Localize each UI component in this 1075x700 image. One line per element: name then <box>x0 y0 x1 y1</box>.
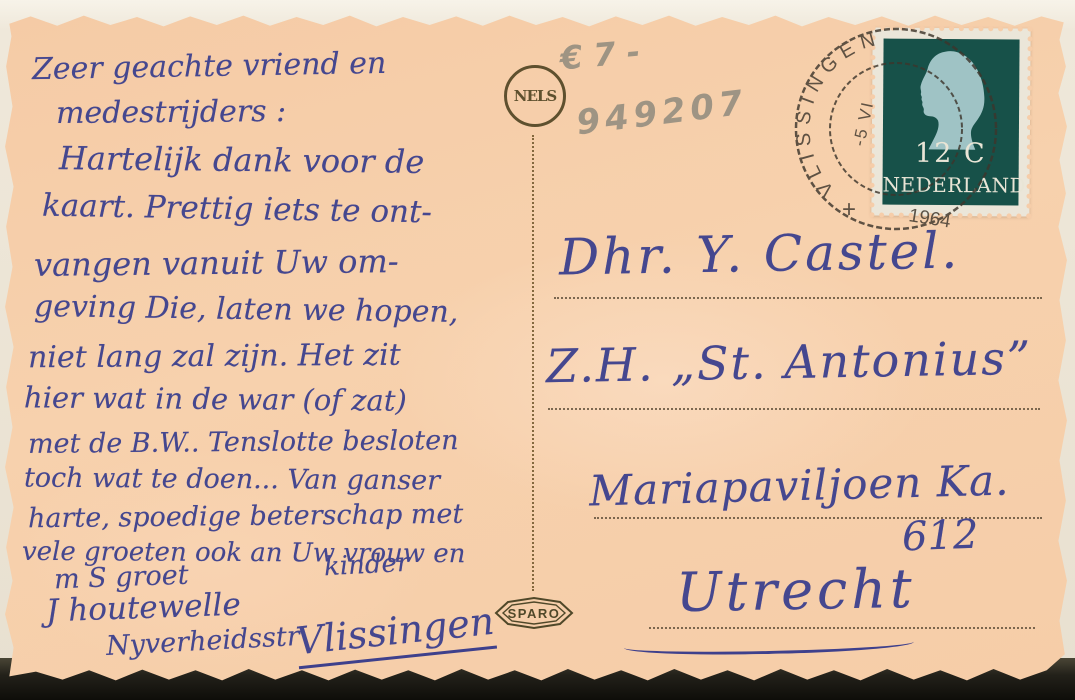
nels-publisher-logo: NELS <box>504 65 566 127</box>
sender-street: Nyverheidsstr <box>105 621 300 662</box>
message-line: Zeer geachte vriend en <box>32 46 387 87</box>
address-underline-flourish <box>624 640 914 657</box>
message-line: hier wat in de war (of zat) <box>24 380 407 417</box>
pencil-price-note: € 7 - <box>558 33 641 78</box>
address-institution: Z.H. „St. Antonius” <box>546 331 1033 393</box>
message-line: kaart. Prettig iets te ont- <box>42 188 433 231</box>
message-line: vangen vanuit Uw om- <box>34 242 399 284</box>
message-closing-kinder: kinder <box>323 548 410 582</box>
message-line: medestrijders : <box>56 94 286 131</box>
postcard-back: Zeer geachte vriend en medestrijders : H… <box>4 13 1068 681</box>
sparo-printer-logo: SPARO <box>494 595 574 631</box>
vlissingen-postmark: VLISSINGEN -5 VI 1964 + <box>790 21 1002 253</box>
address-pavilion: Mariapaviljoen Ka. <box>588 456 1010 516</box>
message-line: niet lang zal zijn. Het zit <box>28 338 401 376</box>
message-line: met de B.W.. Tenslotte besloten <box>28 425 459 460</box>
message-line: toch wat te doen... Van ganser <box>24 463 440 497</box>
sender-signature: J houtewelle <box>45 587 241 630</box>
address-rule-4 <box>649 627 1035 629</box>
postcard-scan: Zeer geachte vriend en medestrijders : H… <box>0 0 1075 700</box>
pencil-inventory-number: 949207 <box>574 83 750 144</box>
address-city: Utrecht <box>675 557 916 624</box>
message-line: geving Die, laten we hopen, <box>34 289 459 330</box>
sender-city-signature: Vlissingen <box>294 599 497 669</box>
address-room-number: 612 <box>901 512 979 561</box>
postmark-cross-icon: + <box>842 196 856 223</box>
nels-monogram-label: NELS <box>514 87 557 105</box>
address-rule-2 <box>548 408 1040 410</box>
address-rule-1 <box>554 297 1042 299</box>
sparo-logo-label: SPARO <box>508 606 561 621</box>
address-divider-line <box>532 135 534 591</box>
message-line: harte, spoedige beterschap met <box>28 499 464 535</box>
postmark-date: -5 VI <box>849 99 877 148</box>
message-line: Hartelijk dank voor de <box>59 139 425 181</box>
